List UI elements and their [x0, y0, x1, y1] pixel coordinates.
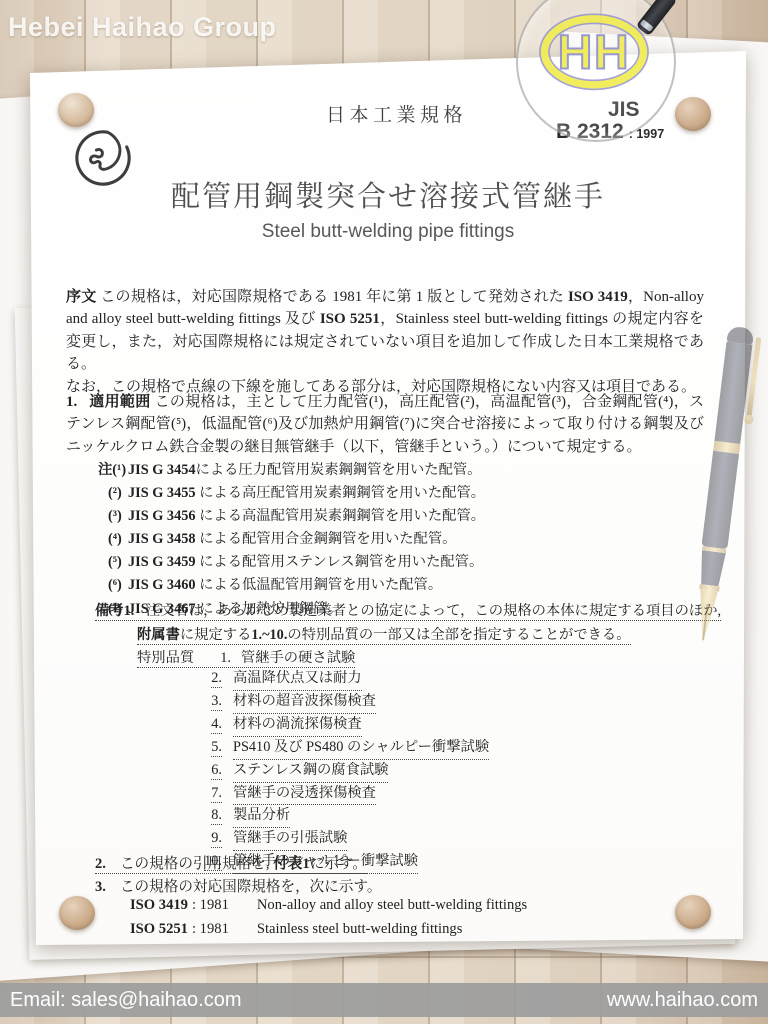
- special-quality-line-1: 特別品質1.管継手の硬さ試験: [137, 647, 355, 667]
- jis-standard-code: JIS G 3454: [128, 462, 196, 478]
- special-item-number: 8.: [211, 807, 222, 825]
- special-quality-item: 2. 高温降伏点又は耐力: [137, 668, 489, 691]
- clause-number: 3.: [95, 879, 106, 895]
- footer-website: www.haihao.com: [607, 989, 758, 1012]
- intro-label: 序文: [66, 289, 96, 305]
- note-text: による圧力配管用炭素鋼鋼管を用いた配管。: [196, 462, 482, 478]
- note-item: (³) JIS G 3456 による高温配管用炭素鋼鋼管を用いた配管。: [98, 505, 485, 528]
- page-title: 配管用鋼製突合せ溶接式管継手: [30, 174, 746, 215]
- special-item-number: 4.: [211, 716, 222, 734]
- clause-2: 2.この規格の引用規格を, 付表1に示す。: [95, 852, 367, 873]
- document-scan-page: 日本工業規格 JIS B 2312 : 1997 配管用鋼製突合せ溶接式管継手 …: [0, 0, 768, 1024]
- special-item-number: 1.: [220, 650, 231, 666]
- jis-standard-code: JIS G 3460: [128, 577, 196, 593]
- note-ref: (⁵): [98, 551, 128, 574]
- notes-list: 注(¹) JIS G 3454による圧力配管用炭素鋼鋼管を用いた配管。 (²) …: [98, 459, 485, 621]
- iso-year: : 1981: [192, 897, 229, 914]
- note-text: による低温配管用鋼管を用いた配管。: [196, 577, 443, 593]
- iso-reference-row: ISO 3419 : 1981 Non-alloy and alloy stee…: [130, 897, 527, 914]
- jis-standard-code: JIS G 3459: [128, 554, 196, 570]
- iso-reference-row: ISO 5251 : 1981 Stainless steel butt-wel…: [130, 921, 462, 938]
- iso-3419-ref: ISO 3419: [568, 289, 628, 305]
- note-text: による高温配管用炭素鋼鋼管を用いた配管。: [196, 508, 486, 524]
- clause-text: この規格の引用規格を,: [120, 856, 273, 872]
- note-item: 注(¹) JIS G 3454による圧力配管用炭素鋼鋼管を用いた配管。: [98, 459, 485, 482]
- note-item: (⁶) JIS G 3460 による低温配管用鋼管を用いた配管。: [98, 574, 485, 597]
- note-text: による高圧配管用炭素鋼鋼管を用いた配管。: [196, 485, 486, 501]
- document-content: 日本工業規格 JIS B 2312 : 1997 配管用鋼製突合せ溶接式管継手 …: [0, 0, 768, 1024]
- scope-paragraph: 1. 適用範囲 この規格は，主として圧力配管(¹)，高圧配管(²)，高温配管(³…: [66, 391, 704, 458]
- footer-email: Email: sales@haihao.com: [10, 989, 242, 1012]
- clause-3: 3.この規格の対応国際規格を，次に示す。: [95, 875, 381, 896]
- standards-org-name: 日本工業規格: [326, 100, 467, 127]
- special-item-number: 5.: [211, 739, 222, 757]
- note-item: (⁴) JIS G 3458 による配管用合金鋼鋼管を用いた配管。: [98, 528, 485, 551]
- remark-text: 注文者は，あらかじめ製造業者との協定によって，この規格の本体に規定する項目のほか…: [146, 603, 721, 619]
- page-subtitle: Steel butt-welding pipe fittings: [30, 221, 746, 243]
- pen-section: [698, 550, 726, 587]
- iso-code: ISO 3419: [130, 897, 188, 914]
- note-ref: (⁴): [98, 528, 128, 551]
- pen-cap: [714, 342, 752, 444]
- remark-line-2: 附属書に規定する1.~10.の特別品質の一部又は全部を指定することができる。: [137, 624, 631, 644]
- note-item: (²) JIS G 3455 による高圧配管用炭素鋼鋼管を用いた配管。: [98, 482, 485, 505]
- intro-text: この規格は，対応国際規格である 1981 年に第 1 版として発効された: [96, 289, 568, 305]
- special-quality-item: 6. ステンレス鋼の腐食試験: [137, 760, 489, 783]
- special-quality-item: 8. 製品分析: [137, 805, 489, 828]
- clause-number: 2.: [95, 856, 106, 872]
- iso-5251-ref: ISO 5251: [320, 311, 380, 327]
- remark-label: 備考1.: [95, 603, 134, 619]
- remark-text: の特別品質の一部又は全部を指定することができる。: [287, 627, 630, 643]
- special-item-number: 3.: [211, 693, 222, 711]
- special-item-text: 材料の超音波探傷検査: [233, 691, 376, 714]
- iso-code: ISO 5251: [130, 921, 188, 938]
- remark-range: 1.~10.: [251, 627, 287, 643]
- watermark-company-name: Hebei Haihao Group: [8, 12, 277, 43]
- iso-year: : 1981: [192, 921, 229, 938]
- footer-bar: Email: sales@haihao.com www.haihao.com: [0, 983, 768, 1017]
- special-quality-label: 特別品質: [137, 650, 194, 666]
- special-item-number: 6.: [211, 762, 222, 780]
- special-quality-item: 3. 材料の超音波探傷検査: [137, 691, 489, 714]
- iso-description: Stainless steel butt-welding fittings: [257, 921, 463, 938]
- jis-standard-code: JIS G 3455: [128, 485, 196, 501]
- special-item-text: 高温降伏点又は耐力: [233, 668, 362, 691]
- scope-number: 1.: [66, 394, 77, 410]
- iso-description: Non-alloy and alloy steel butt-welding f…: [257, 897, 527, 914]
- special-quality-item: 7. 管継手の浸透探傷検査: [137, 783, 489, 806]
- special-quality-item: 9. 管継手の引張試験: [137, 828, 489, 851]
- special-item-text: 材料の渦流探傷検査: [233, 714, 362, 737]
- note-ref: (³): [98, 505, 128, 528]
- pen-barrel: [701, 451, 739, 549]
- note-text: による配管用ステンレス鋼管を用いた配管。: [196, 554, 484, 570]
- special-item-number: 2.: [211, 670, 222, 688]
- special-quality-list: 2. 高温降伏点又は耐力 3. 材料の超音波探傷検査 4. 材料の渦流探傷検査 …: [137, 668, 489, 874]
- special-item-text: 管継手の浸透探傷検査: [233, 783, 376, 806]
- special-item-text: PS410 及び PS480 のシャルピー衝撃試験: [233, 737, 489, 760]
- haihao-hh-logo: HH: [528, 8, 660, 104]
- intro-paragraph: 序文 この規格は，対応国際規格である 1981 年に第 1 版として発効された …: [66, 286, 704, 398]
- special-item-text: ステンレス鋼の腐食試験: [233, 760, 388, 783]
- hh-logo-letters: HH: [558, 26, 630, 79]
- pen-nib: [692, 589, 720, 643]
- note-text: による配管用合金鋼鋼管を用いた配管。: [196, 531, 457, 547]
- special-item-text: 管継手の引張試験: [233, 828, 347, 851]
- jis-standard-code: JIS G 3456: [128, 508, 196, 524]
- scope-heading: 適用範囲: [89, 394, 150, 410]
- special-item-number: 7.: [211, 785, 222, 803]
- clause-text: に示す。: [310, 856, 367, 872]
- special-quality-item: 5. PS410 及び PS480 のシャルピー衝撃試験: [137, 737, 489, 760]
- note-ref: (²): [98, 482, 128, 505]
- note-ref: (⁶): [98, 574, 128, 597]
- special-item-text: 管継手の硬さ試験: [241, 650, 355, 666]
- remark-line-1: 備考1. 注文者は，あらかじめ製造業者との協定によって，この規格の本体に規定する…: [95, 600, 721, 620]
- annex-table-ref: 付表1: [273, 856, 310, 872]
- note-item: (⁵) JIS G 3459 による配管用ステンレス鋼管を用いた配管。: [98, 551, 485, 574]
- clause-text: この規格の対応国際規格を，次に示す。: [120, 879, 382, 895]
- remark-text: に規定する: [180, 627, 251, 643]
- jis-standard-code: JIS G 3458: [128, 531, 196, 547]
- special-quality-item: 4. 材料の渦流探傷検査: [137, 714, 489, 737]
- special-item-number: 9.: [211, 830, 222, 848]
- note-ref: 注(¹): [98, 459, 128, 482]
- scope-text: この規格は，主として圧力配管(¹)，高圧配管(²)，高温配管(³)，合金鋼配管(…: [66, 394, 704, 455]
- annex-ref: 附属書: [137, 627, 180, 643]
- special-item-text: 製品分析: [233, 805, 290, 828]
